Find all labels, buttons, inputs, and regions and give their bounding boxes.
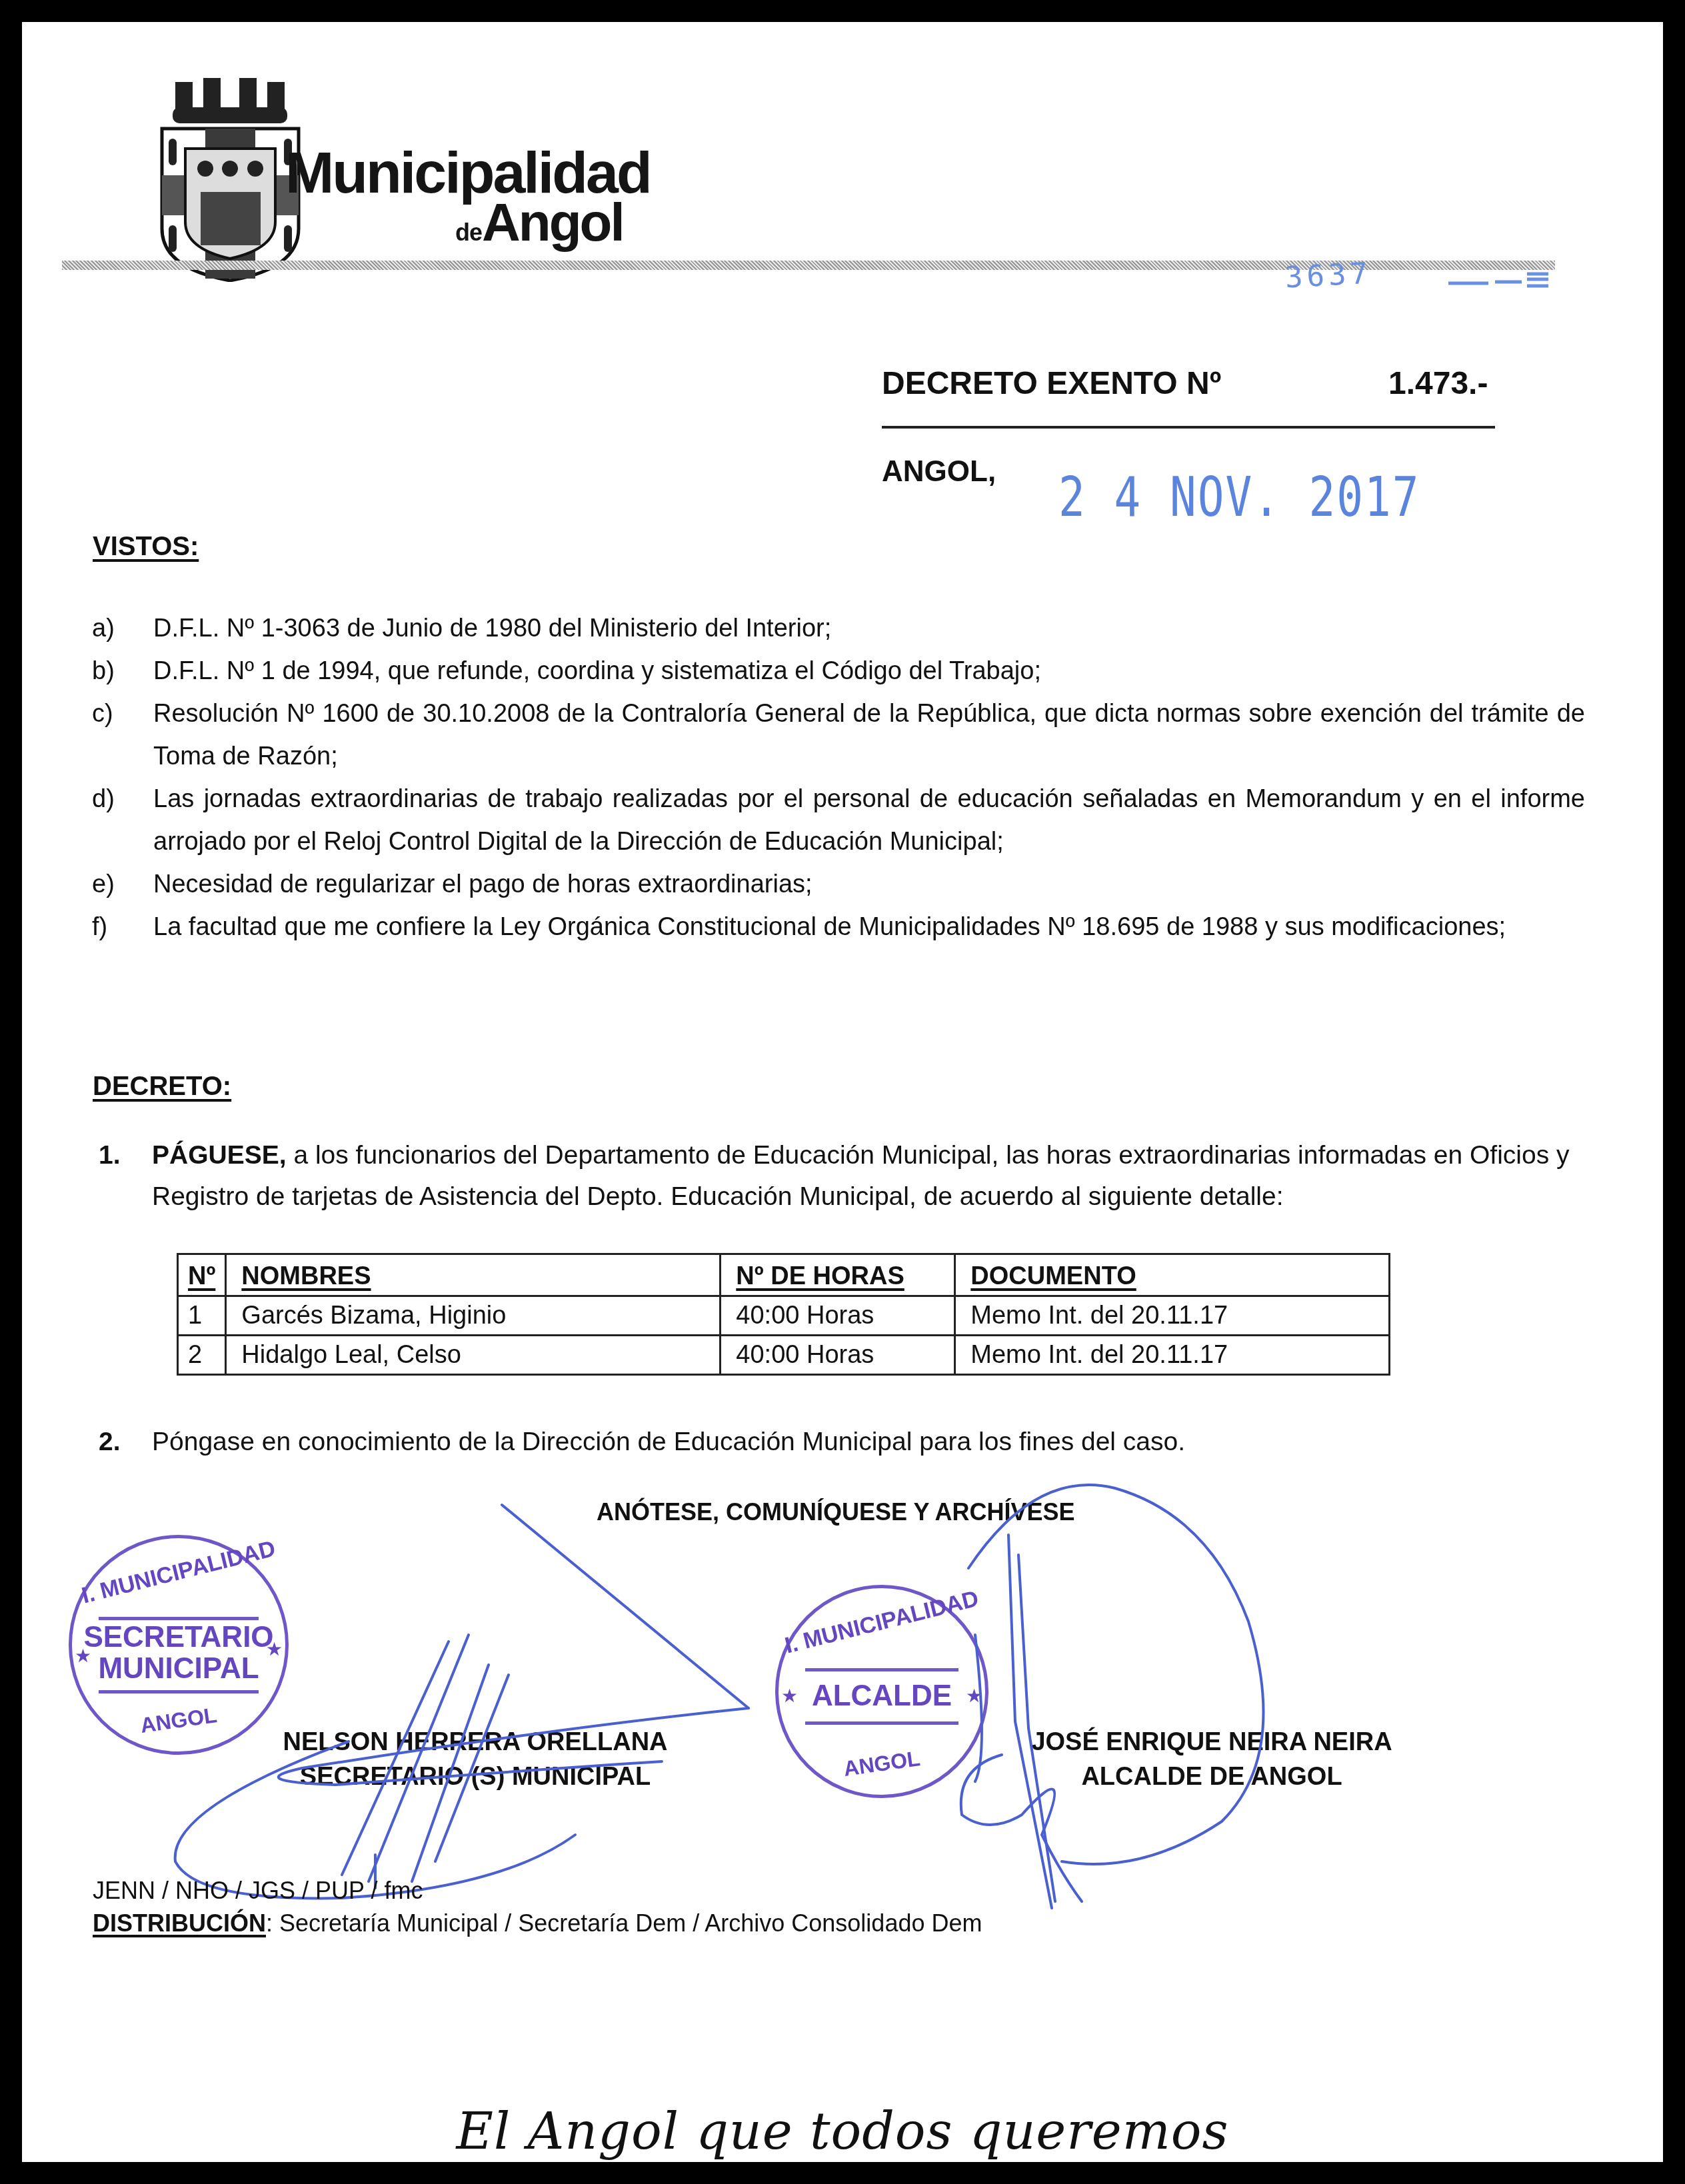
date-stamp: 2 4 NOV. 2017 bbox=[1058, 465, 1420, 529]
vistos-list: a)D.F.L. Nº 1-3063 de Junio de 1980 del … bbox=[92, 607, 1585, 948]
table-header-row: Nº NOMBRES Nº DE HORAS DOCUMENTO bbox=[178, 1254, 1390, 1296]
vistos-heading: VISTOS: bbox=[93, 532, 199, 562]
overtime-table: Nº NOMBRES Nº DE HORAS DOCUMENTO 1 Garcé… bbox=[177, 1253, 1390, 1376]
distribution-label: DISTRIBUCIÓN bbox=[93, 1909, 266, 1937]
col-number: Nº bbox=[178, 1254, 226, 1296]
star-icon: ★ bbox=[266, 1638, 283, 1660]
decreto-heading: DECRETO: bbox=[93, 1072, 231, 1102]
registry-stamp-marks-icon bbox=[1448, 270, 1548, 290]
distribution-recipients: : Secretaría Municipal / Secretaría Dem … bbox=[266, 1909, 982, 1937]
mayor-name: JOSÉ ENRIQUE NEIRA NEIRA bbox=[1022, 1725, 1402, 1759]
decree-page: Municipalidad deAngol 3637 DECRETO EXENT… bbox=[22, 22, 1663, 2162]
decreto-item-1: 1.PÁGUESE, a los funcionarios del Depart… bbox=[99, 1135, 1585, 1218]
closing-formula: ANÓTESE, COMUNÍQUESE Y ARCHÍVESE bbox=[597, 1498, 1074, 1526]
vistos-item: f)La facultad que me confiere la Ley Org… bbox=[92, 906, 1585, 948]
vistos-item: a)D.F.L. Nº 1-3063 de Junio de 1980 del … bbox=[92, 607, 1585, 650]
place-label: ANGOL, bbox=[882, 455, 996, 489]
secretary-name: NELSON HERRERA ORELLANA bbox=[282, 1725, 669, 1759]
registry-stamp: 3637 bbox=[1284, 257, 1372, 295]
secretary-role: SECRETARIO (S) MUNICIPAL bbox=[282, 1759, 669, 1794]
vistos-item: c)Resolución Nº 1600 de 30.10.2008 de la… bbox=[92, 692, 1585, 778]
secretary-signature-block: NELSON HERRERA ORELLANA SECRETARIO (S) M… bbox=[282, 1725, 669, 1794]
secretary-seal: I. MUNICIPALIDAD SECRETARIO MUNICIPAL ★ … bbox=[69, 1535, 289, 1755]
drafting-initials: JENN / NHO / JGS / PUP / fmc bbox=[93, 1877, 423, 1905]
mayor-role: ALCALDE DE ANGOL bbox=[1022, 1759, 1402, 1794]
col-hours: Nº DE HORAS bbox=[721, 1254, 955, 1296]
col-names: NOMBRES bbox=[226, 1254, 721, 1296]
handwritten-signatures-icon bbox=[22, 22, 1663, 2162]
decreto-item-2: 2.Póngase en conocimiento de la Direcció… bbox=[99, 1422, 1585, 1463]
star-icon: ★ bbox=[966, 1685, 982, 1707]
decree-rule bbox=[882, 426, 1495, 429]
table-row: 2 Hidalgo Leal, Celso 40:00 Horas Memo I… bbox=[178, 1336, 1390, 1375]
mayor-seal: I. MUNICIPALIDAD ALCALDE ★ ★ ANGOL bbox=[775, 1585, 988, 1798]
decree-title: DECRETO EXENTO Nº bbox=[882, 365, 1221, 402]
vistos-item: b)D.F.L. Nº 1 de 1994, que refunde, coor… bbox=[92, 650, 1585, 692]
decree-number: 1.473.- bbox=[1388, 365, 1488, 402]
table-row: 1 Garcés Bizama, Higinio 40:00 Horas Mem… bbox=[178, 1296, 1390, 1336]
vistos-item: d)Las jornadas extraordinarias de trabaj… bbox=[92, 778, 1585, 863]
brand-city: deAngol bbox=[455, 192, 623, 253]
star-icon: ★ bbox=[75, 1645, 91, 1667]
municipal-motto: El Angol que todos queremos bbox=[22, 2101, 1663, 2161]
col-document: DOCUMENTO bbox=[955, 1254, 1390, 1296]
brand-angol: Angol bbox=[482, 193, 623, 252]
vistos-item: e)Necesidad de regularizar el pago de ho… bbox=[92, 863, 1585, 906]
distribution-line: DISTRIBUCIÓN: Secretaría Municipal / Sec… bbox=[93, 1909, 982, 1937]
brand-de: de bbox=[455, 219, 482, 246]
star-icon: ★ bbox=[781, 1685, 798, 1707]
mayor-signature-block: JOSÉ ENRIQUE NEIRA NEIRA ALCALDE DE ANGO… bbox=[1022, 1725, 1402, 1794]
